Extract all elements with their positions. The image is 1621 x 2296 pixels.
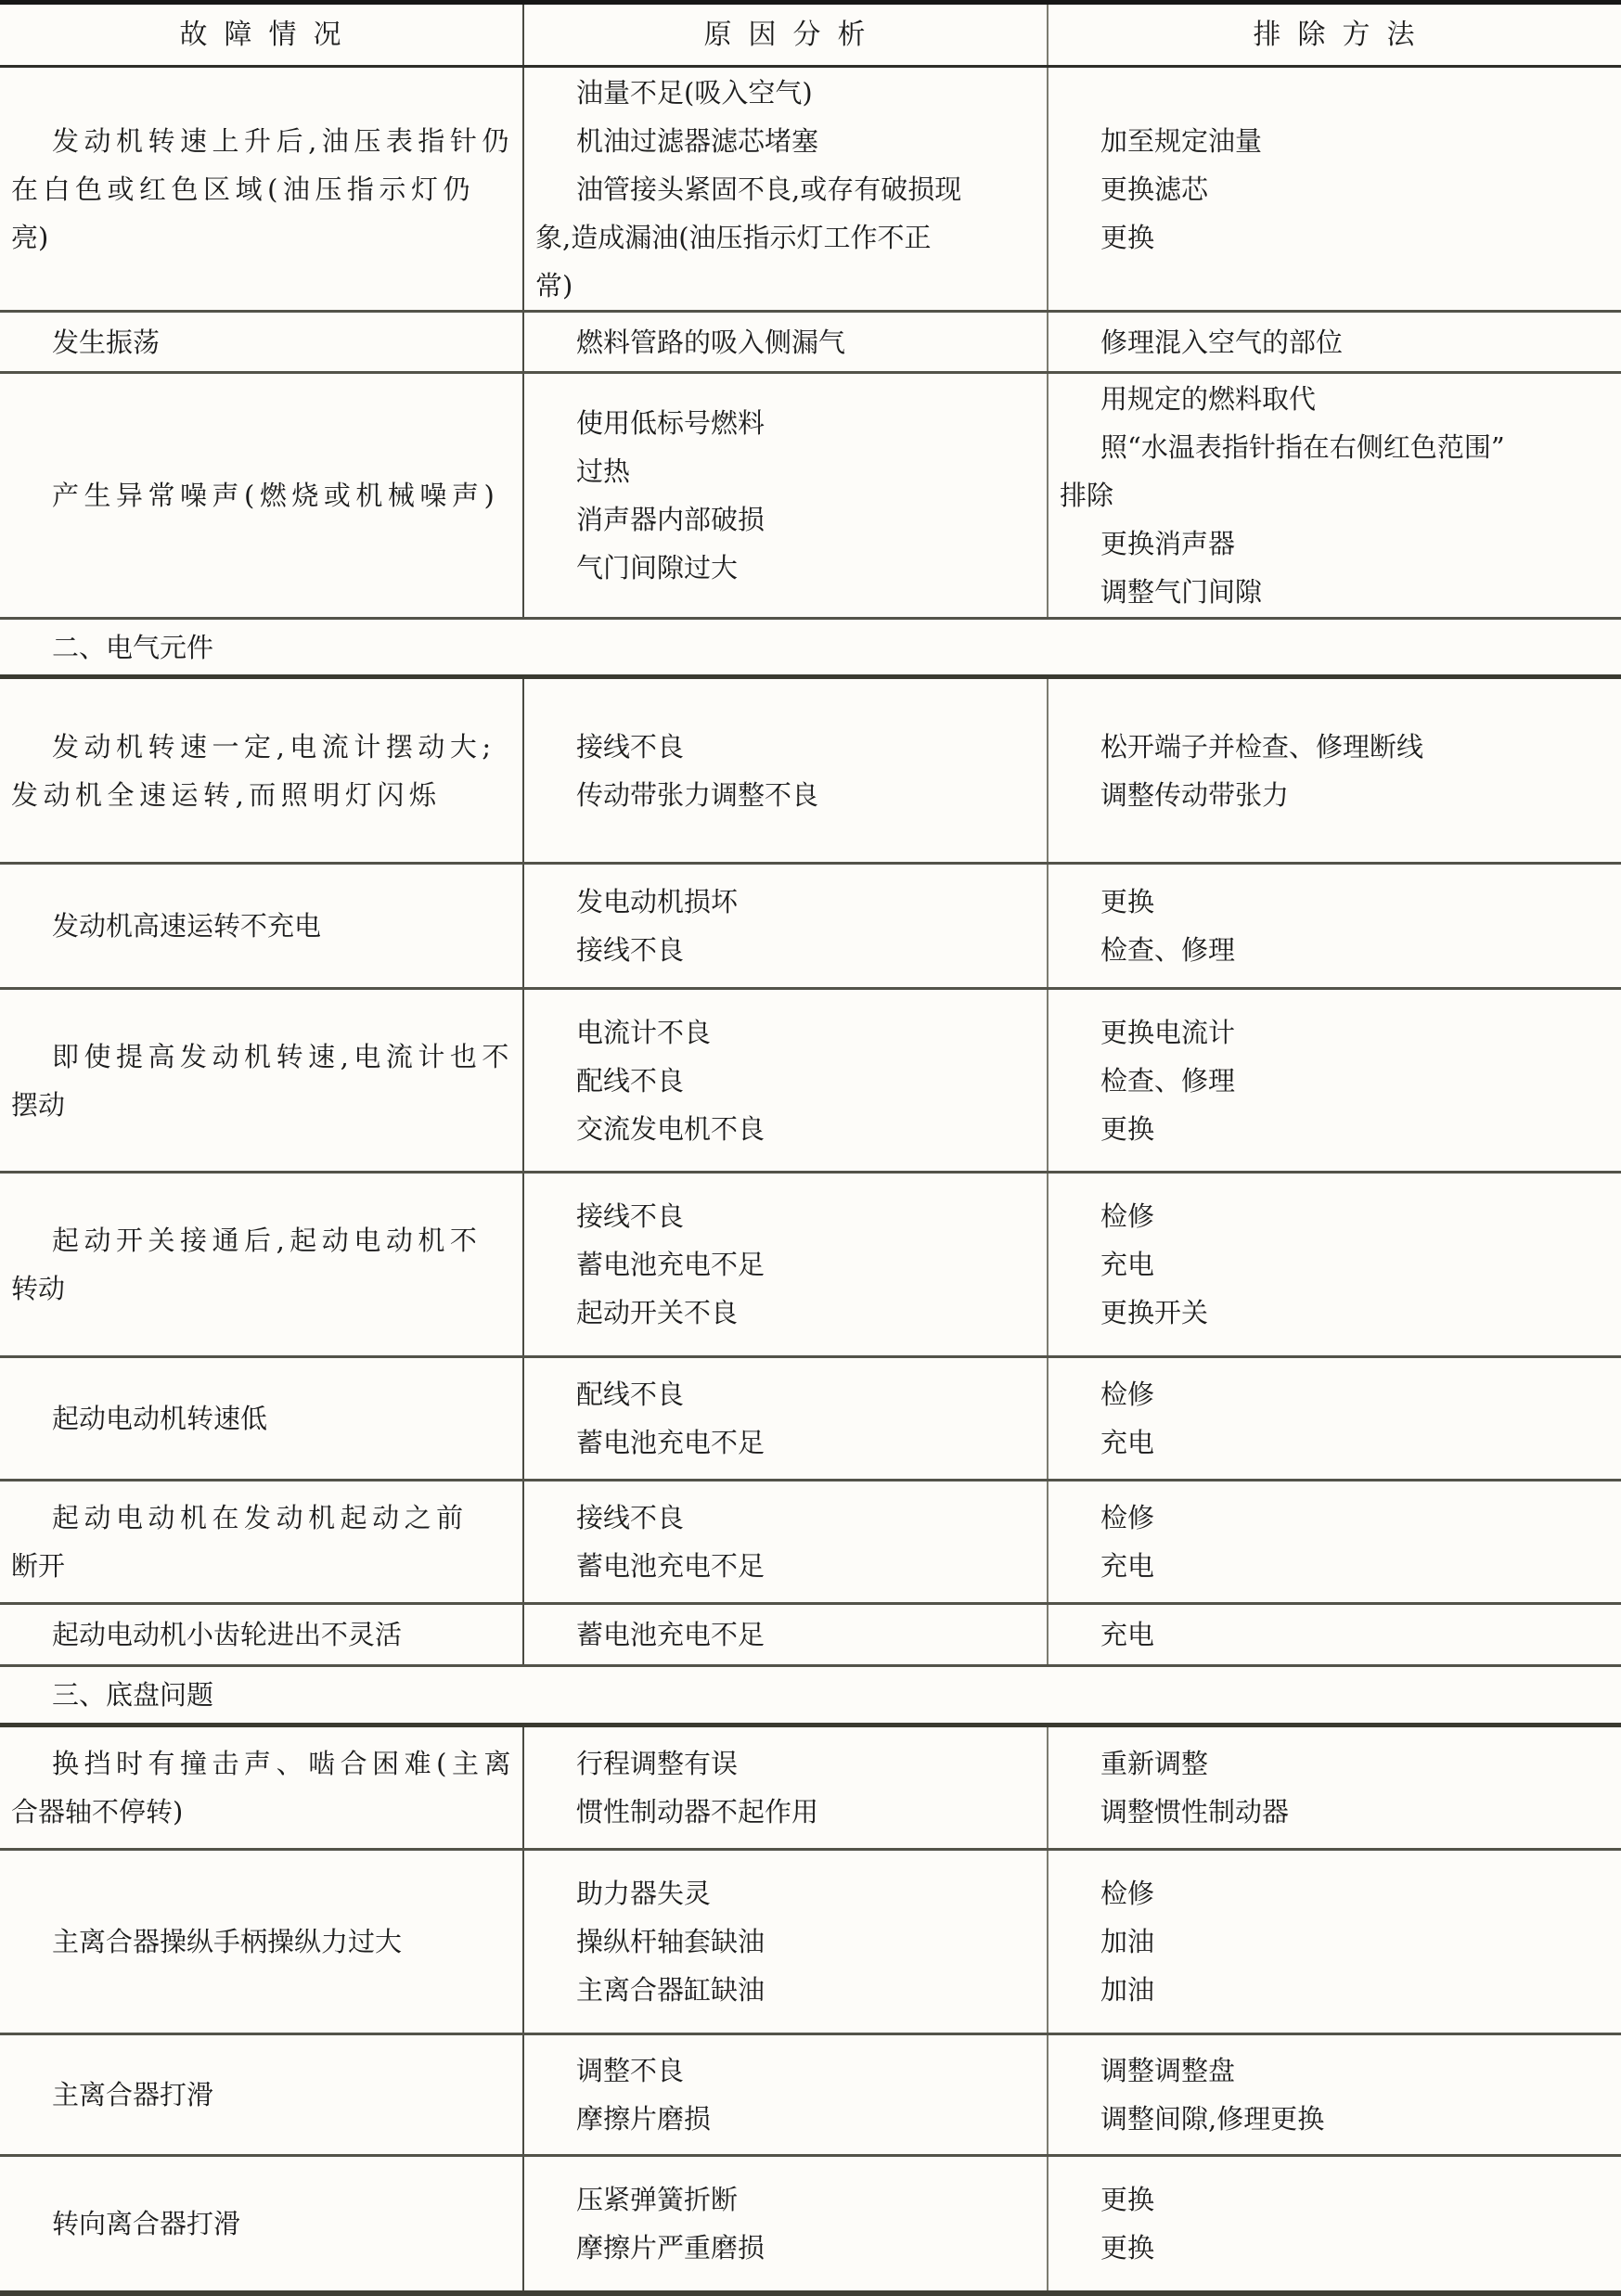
cause-item: 蓄电池充电不足 [535, 1418, 1034, 1467]
method-item: 重新调整 [1060, 1739, 1608, 1788]
method-item: 充电 [1060, 1240, 1608, 1289]
table-row: 换挡时有撞击声、啮合困难(主离 合器轴不停转) 行程调整有误 惯性制动器不起作用… [0, 1727, 1621, 1851]
cause-cell: 接线不良 传动带张力调整不良 [522, 679, 1047, 862]
cause-header-label: 原因分析 [535, 11, 1034, 59]
cause-item: 配线不良 [535, 1057, 1034, 1105]
fault-cell: 起动开关接通后,起动电动机不 转动 [0, 1174, 522, 1355]
cause-item: 配线不良 [535, 1370, 1034, 1418]
method-item: 调整惯性制动器 [1060, 1788, 1608, 1836]
fault-cell: 发动机转速一定,电流计摆动大; 发动机全速运转,而照明灯闪烁 [0, 679, 522, 862]
method-item: 更换 [1060, 2224, 1608, 2272]
method-item: 照“水温表指针指在右侧红色范围” [1060, 423, 1608, 471]
method-item: 检查、修理 [1060, 926, 1608, 974]
method-cell: 检修 充电 [1047, 1358, 1621, 1479]
method-cell: 修理混入空气的部位 [1047, 313, 1621, 371]
cause-item: 燃料管路的吸入侧漏气 [535, 318, 1034, 366]
fault-text-line: 即使提高发动机转速,电流计也不 [11, 1033, 509, 1081]
fault-cell: 即使提高发动机转速,电流计也不 摆动 [0, 990, 522, 1171]
cause-item: 过热 [535, 447, 1034, 495]
fault-text-line: 发动机转速一定,电流计摆动大; [11, 723, 509, 771]
fault-text-line: 起动电动机在发动机起动之前 [11, 1494, 509, 1542]
cause-item: 蓄电池充电不足 [535, 1542, 1034, 1590]
cause-item: 起动开关不良 [535, 1289, 1034, 1337]
method-item: 更换 [1060, 1105, 1608, 1153]
method-item: 调整间隙,修理更换 [1060, 2095, 1608, 2143]
method-item: 更换 [1060, 878, 1608, 926]
method-item: 加油 [1060, 1918, 1608, 1966]
cause-cell: 配线不良 蓄电池充电不足 [522, 1358, 1047, 1479]
method-item: 排除 [1060, 471, 1608, 519]
fault-text-line: 发动机高速运转不充电 [11, 902, 509, 950]
fault-text-line: 产生异常噪声(燃烧或机械噪声) [11, 471, 509, 519]
cause-item: 摩擦片严重磨损 [535, 2224, 1034, 2272]
table-row: 起动电动机转速低 配线不良 蓄电池充电不足 检修 充电 [0, 1358, 1621, 1481]
fault-cell: 起动电动机转速低 [0, 1358, 522, 1479]
method-header-label: 排除方法 [1060, 11, 1608, 59]
table-row: 起动电动机在发动机起动之前 断开 接线不良 蓄电池充电不足 检修 充电 [0, 1481, 1621, 1605]
cause-item: 接线不良 [535, 926, 1034, 974]
fault-header-label: 故障情况 [11, 11, 509, 59]
method-item: 充电 [1060, 1542, 1608, 1590]
method-item: 检修 [1060, 1192, 1608, 1240]
cause-cell: 电流计不良 配线不良 交流发电机不良 [522, 990, 1047, 1171]
cause-item: 使用低标号燃料 [535, 399, 1034, 447]
section-cell: 三、底盘问题 [0, 1667, 1621, 1723]
cause-item: 惯性制动器不起作用 [535, 1788, 1034, 1836]
fault-cell: 起动电动机小齿轮进出不灵活 [0, 1605, 522, 1664]
cause-cell: 压紧弹簧折断 摩擦片严重磨损 [522, 2157, 1047, 2290]
cause-item: 象,造成漏油(油压指示灯工作不正 [535, 213, 1034, 262]
method-item: 更换 [1060, 2175, 1608, 2224]
table-row: 起动电动机小齿轮进出不灵活 蓄电池充电不足 充电 [0, 1605, 1621, 1667]
table-row: 产生异常噪声(燃烧或机械噪声) 使用低标号燃料 过热 消声器内部破损 气门间隙过… [0, 374, 1621, 620]
fault-text-line: 主离合器打滑 [11, 2071, 509, 2119]
fault-text-line: 转动 [11, 1264, 509, 1313]
cause-item: 行程调整有误 [535, 1739, 1034, 1788]
fault-cell: 发动机转速上升后,油压表指针仍 在白色或红色区域(油压指示灯仍 亮) [0, 68, 522, 310]
method-header-cell: 排除方法 [1047, 5, 1621, 65]
method-cell: 重新调整 调整惯性制动器 [1047, 1727, 1621, 1848]
method-cell: 检修 充电 更换开关 [1047, 1174, 1621, 1355]
method-cell: 加至规定油量 更换滤芯 更换 [1047, 68, 1621, 310]
cause-item: 传动带张力调整不良 [535, 771, 1034, 819]
section-label: 二、电气元件 [11, 623, 1608, 672]
method-item: 调整传动带张力 [1060, 771, 1608, 819]
method-item: 检修 [1060, 1370, 1608, 1418]
fault-text-line: 转向离合器打滑 [11, 2200, 509, 2248]
method-item: 更换电流计 [1060, 1008, 1608, 1057]
cause-cell: 燃料管路的吸入侧漏气 [522, 313, 1047, 371]
cause-item: 消声器内部破损 [535, 495, 1034, 544]
fault-text-line: 断开 [11, 1542, 509, 1590]
method-item: 充电 [1060, 1610, 1608, 1659]
section-cell: 二、电气元件 [0, 620, 1621, 674]
cause-item: 蓄电池充电不足 [535, 1610, 1034, 1659]
method-item: 检修 [1060, 1869, 1608, 1918]
fault-cell: 发动机高速运转不充电 [0, 865, 522, 987]
method-cell: 检修 充电 [1047, 1481, 1621, 1602]
table-row: 发动机转速上升后,油压表指针仍 在白色或红色区域(油压指示灯仍 亮) 油量不足(… [0, 68, 1621, 313]
cause-item: 气门间隙过大 [535, 544, 1034, 592]
fault-text-line: 在白色或红色区域(油压指示灯仍 [11, 165, 509, 213]
cause-item: 发电动机损坏 [535, 878, 1034, 926]
cause-cell: 发电动机损坏 接线不良 [522, 865, 1047, 987]
cause-item: 摩擦片磨损 [535, 2095, 1034, 2143]
cause-cell: 调整不良 摩擦片磨损 [522, 2035, 1047, 2154]
cause-cell: 接线不良 蓄电池充电不足 起动开关不良 [522, 1174, 1047, 1355]
fault-cell: 产生异常噪声(燃烧或机械噪声) [0, 374, 522, 617]
fault-text-line: 起动开关接通后,起动电动机不 [11, 1216, 509, 1264]
fault-text-line: 起动电动机小齿轮进出不灵活 [11, 1610, 509, 1659]
method-item: 更换开关 [1060, 1289, 1608, 1337]
fault-text-line: 摆动 [11, 1081, 509, 1129]
table-row: 即使提高发动机转速,电流计也不 摆动 电流计不良 配线不良 交流发电机不良 更换… [0, 990, 1621, 1174]
cause-item: 交流发电机不良 [535, 1105, 1034, 1153]
fault-text-line: 起动电动机转速低 [11, 1394, 509, 1443]
cause-cell: 行程调整有误 惯性制动器不起作用 [522, 1727, 1047, 1848]
cause-cell: 油量不足(吸入空气) 机油过滤器滤芯堵塞 油管接头紧固不良,或存有破损现 象,造… [522, 68, 1047, 310]
method-cell: 更换 更换 [1047, 2157, 1621, 2290]
fault-cell: 主离合器打滑 [0, 2035, 522, 2154]
method-cell: 松开端子并检查、修理断线 调整传动带张力 [1047, 679, 1621, 862]
method-item: 更换 [1060, 213, 1608, 262]
cause-item: 常) [535, 262, 1034, 310]
cause-item: 调整不良 [535, 2046, 1034, 2095]
method-item: 调整调整盘 [1060, 2046, 1608, 2095]
cause-item: 主离合器缸缺油 [535, 1966, 1034, 2014]
method-item: 更换滤芯 [1060, 165, 1608, 213]
table-row: 主离合器操纵手柄操纵力过大 助力器失灵 操纵杆轴套缺油 主离合器缸缺油 检修 加… [0, 1851, 1621, 2035]
section-row: 二、电气元件 [0, 620, 1621, 679]
fault-text-line: 发动机转速上升后,油压表指针仍 [11, 117, 509, 165]
fault-cell: 主离合器操纵手柄操纵力过大 [0, 1851, 522, 2033]
table-header-row: 故障情况 原因分析 排除方法 [0, 5, 1621, 68]
cause-cell: 助力器失灵 操纵杆轴套缺油 主离合器缸缺油 [522, 1851, 1047, 2033]
method-cell: 用规定的燃料取代 照“水温表指针指在右侧红色范围” 排除 更换消声器 调整气门间… [1047, 374, 1621, 617]
method-cell: 充电 [1047, 1605, 1621, 1664]
table-row: 起动开关接通后,起动电动机不 转动 接线不良 蓄电池充电不足 起动开关不良 检修… [0, 1174, 1621, 1358]
method-item: 调整气门间隙 [1060, 568, 1608, 616]
cause-cell: 使用低标号燃料 过热 消声器内部破损 气门间隙过大 [522, 374, 1047, 617]
fault-cell: 起动电动机在发动机起动之前 断开 [0, 1481, 522, 1602]
fault-cell: 发生振荡 [0, 313, 522, 371]
method-item: 松开端子并检查、修理断线 [1060, 723, 1608, 771]
cause-item: 接线不良 [535, 1192, 1034, 1240]
cause-item: 蓄电池充电不足 [535, 1240, 1034, 1289]
method-item: 检修 [1060, 1494, 1608, 1542]
method-item: 用规定的燃料取代 [1060, 375, 1608, 423]
fault-text-line: 换挡时有撞击声、啮合困难(主离 [11, 1739, 509, 1788]
method-cell: 调整调整盘 调整间隙,修理更换 [1047, 2035, 1621, 2154]
troubleshooting-table: 故障情况 原因分析 排除方法 发动机转速上升后,油压表指针仍 在白色或红色区域(… [0, 0, 1621, 2296]
fault-text-line: 发动机全速运转,而照明灯闪烁 [11, 771, 509, 819]
cause-item: 压紧弹簧折断 [535, 2175, 1034, 2224]
fault-text-line: 发生振荡 [11, 318, 509, 366]
fault-cell: 转向离合器打滑 [0, 2157, 522, 2290]
cause-item: 接线不良 [535, 1494, 1034, 1542]
method-cell: 更换 检查、修理 [1047, 865, 1621, 987]
table-row: 发动机转速一定,电流计摆动大; 发动机全速运转,而照明灯闪烁 接线不良 传动带张… [0, 679, 1621, 865]
table-row: 主离合器打滑 调整不良 摩擦片磨损 调整调整盘 调整间隙,修理更换 [0, 2035, 1621, 2157]
fault-cell: 换挡时有撞击声、啮合困难(主离 合器轴不停转) [0, 1727, 522, 1848]
cause-item: 操纵杆轴套缺油 [535, 1918, 1034, 1966]
method-item: 更换消声器 [1060, 519, 1608, 568]
cause-item: 助力器失灵 [535, 1869, 1034, 1918]
fault-header-cell: 故障情况 [0, 5, 522, 65]
method-cell: 更换电流计 检查、修理 更换 [1047, 990, 1621, 1171]
cause-item: 电流计不良 [535, 1008, 1034, 1057]
method-cell: 检修 加油 加油 [1047, 1851, 1621, 2033]
section-label: 三、底盘问题 [11, 1671, 1608, 1719]
cause-cell: 蓄电池充电不足 [522, 1605, 1047, 1664]
cause-header-cell: 原因分析 [522, 5, 1047, 65]
method-item: 加油 [1060, 1966, 1608, 2014]
cause-item: 油量不足(吸入空气) [535, 69, 1034, 117]
method-item: 检查、修理 [1060, 1057, 1608, 1105]
section-row: 三、底盘问题 [0, 1667, 1621, 1727]
fault-text-line: 主离合器操纵手柄操纵力过大 [11, 1918, 509, 1966]
method-item: 加至规定油量 [1060, 117, 1608, 165]
fault-text-line: 亮) [11, 213, 509, 262]
cause-item: 油管接头紧固不良,或存有破损现 [535, 165, 1034, 213]
cause-item: 机油过滤器滤芯堵塞 [535, 117, 1034, 165]
method-item: 充电 [1060, 1418, 1608, 1467]
method-item: 修理混入空气的部位 [1060, 318, 1608, 366]
fault-text-line: 合器轴不停转) [11, 1788, 509, 1836]
cause-cell: 接线不良 蓄电池充电不足 [522, 1481, 1047, 1602]
table-row: 发动机高速运转不充电 发电动机损坏 接线不良 更换 检查、修理 [0, 865, 1621, 990]
table-row: 发生振荡 燃料管路的吸入侧漏气 修理混入空气的部位 [0, 313, 1621, 374]
cause-item: 接线不良 [535, 723, 1034, 771]
table-row: 转向离合器打滑 压紧弹簧折断 摩擦片严重磨损 更换 更换 [0, 2157, 1621, 2290]
